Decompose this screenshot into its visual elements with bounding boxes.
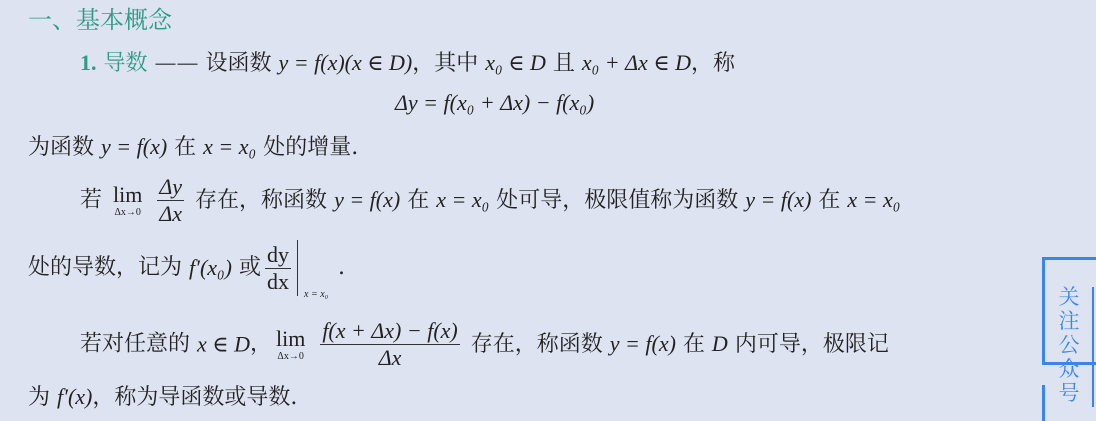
overlay-char: 公 [1056,333,1082,357]
deriv-text-d: 内可导，极限记 [735,332,889,357]
line3-text-a: 为函数 [28,135,94,160]
frac-denominator: Δx [157,201,184,225]
leibniz-dy: dy [265,244,291,269]
deriv-frac-numerator: f(x + Δx) − f(x) [320,320,459,345]
overlay-char: 众 [1056,357,1082,381]
intro-text: 设函数 [206,51,272,76]
definition-number: 1. [80,50,97,75]
limit-definition-line: 若 lim Δx→0 Δy Δx 存在，称函数 y = f(x) 在 x = x… [80,176,900,225]
x0-plus-dx: x₀ + Δx ∈ D [582,50,691,75]
deriv-D: D [712,331,728,356]
derivative-function-line-2: 为 f′(x)，称为导函数或导数. [28,386,297,409]
follow-account-overlay[interactable]: 关 注 公 众 号 [1042,257,1096,421]
deriv-frac-denominator: Δx [320,345,459,369]
increment-line: 为函数 y = f(x) 在 x = x₀ 处的增量. [28,136,358,159]
notation-period: . [338,255,345,280]
ruo-text: 若 [80,188,102,213]
overlay-char: 号 [1056,381,1082,405]
deriv-text-b: 存在，称函数 [471,332,603,357]
overlay-char: 关 [1056,285,1082,309]
deriv-text-a: 若对任意的 [80,332,190,357]
call-text: ，称 [691,51,735,76]
intro-mid: ，其中 [412,51,478,76]
deriv-difference-quotient: f(x + Δx) − f(x) Δx [320,320,459,369]
limit-point-a: x = x₀ [436,187,489,212]
limit-operator: lim Δx→0 [113,184,142,218]
deriv-limit-operator: lim Δx→0 [276,328,305,362]
deriv-x-in-D: x ∈ D [197,332,250,357]
definition-term: 导数 [104,51,148,76]
overlay-bracket-bottom [1042,385,1045,421]
deriv-fprime-x: f′(x) [57,384,92,409]
intro-expr: y = f(x)(x ∈ D) [279,50,413,75]
line3-point: x = x₀ [203,134,256,159]
deriv-text-c: 在 [683,332,705,357]
leibniz-dx: dx [265,269,291,293]
overlay-right-line [1092,287,1094,407]
definition-dash: —— [155,51,199,76]
definition-line: 1. 导数 —— 设函数 y = f(x)(x ∈ D)，其中 x₀ ∈ D 且… [80,52,735,75]
increment-formula: Δy = f(x₀ + Δx) − f(x₀) [395,92,594,115]
deriv-text-run: 存在，称函数 y = f(x) 在 D 内可导，极限记 [471,332,889,357]
deriv-lim-subscript: Δx→0 [276,352,305,362]
leibniz-fraction: dy dx [265,244,291,293]
x0-in-D: x₀ ∈ D [485,50,546,75]
notation-line: 处的导数，记为 f′(x₀) 或 dy dx x = x₀. [28,240,345,296]
limit-text-b: 在 [407,188,429,213]
limit-expr-b: y = f(x) [745,187,811,212]
limit-text-d: 在 [818,188,840,213]
deriv-comma: ， [250,332,272,357]
line3-text-c: 处的增量. [263,135,358,160]
frac-numerator: Δy [157,176,184,201]
deriv-line2-b: ，称为导函数或导数. [92,385,297,410]
derivative-function-line: 若对任意的 x ∈ D， lim Δx→0 f(x + Δx) − f(x) Δ… [80,320,889,369]
and-text: 且 [553,51,575,76]
limit-point-b: x = x₀ [847,187,900,212]
increment-formula-text: Δy = f(x₀ + Δx) − f(x₀) [395,90,594,115]
limit-text-c: 处可导，极限值称为函数 [496,188,738,213]
limit-expr-a: y = f(x) [334,187,400,212]
notation-text-a: 处的导数，记为 [28,255,182,280]
difference-quotient: Δy Δx [157,176,184,225]
line3-text-b: 在 [174,135,196,160]
line3-expr: y = f(x) [101,134,167,159]
deriv-lim-label: lim [276,328,305,350]
follow-account-label[interactable]: 关 注 公 众 号 [1056,285,1082,405]
evaluation-bar: x = x₀ [297,240,338,296]
evaluation-condition: x = x₀ [304,290,328,300]
overlay-char: 注 [1056,309,1082,333]
deriv-expr: y = f(x) [610,331,676,356]
notation-fprime: f′(x₀) [189,255,232,280]
lim-subscript: Δx→0 [113,208,142,218]
limit-text-a: 存在，称函数 [195,188,327,213]
notation-or: 或 [239,255,261,280]
section-heading: 一、基本概念 [28,8,172,32]
deriv-line2-a: 为 [28,385,50,410]
lim-label: lim [113,184,142,206]
limit-text-run: 存在，称函数 y = f(x) 在 x = x₀ 处可导，极限值称为函数 y =… [195,188,900,213]
